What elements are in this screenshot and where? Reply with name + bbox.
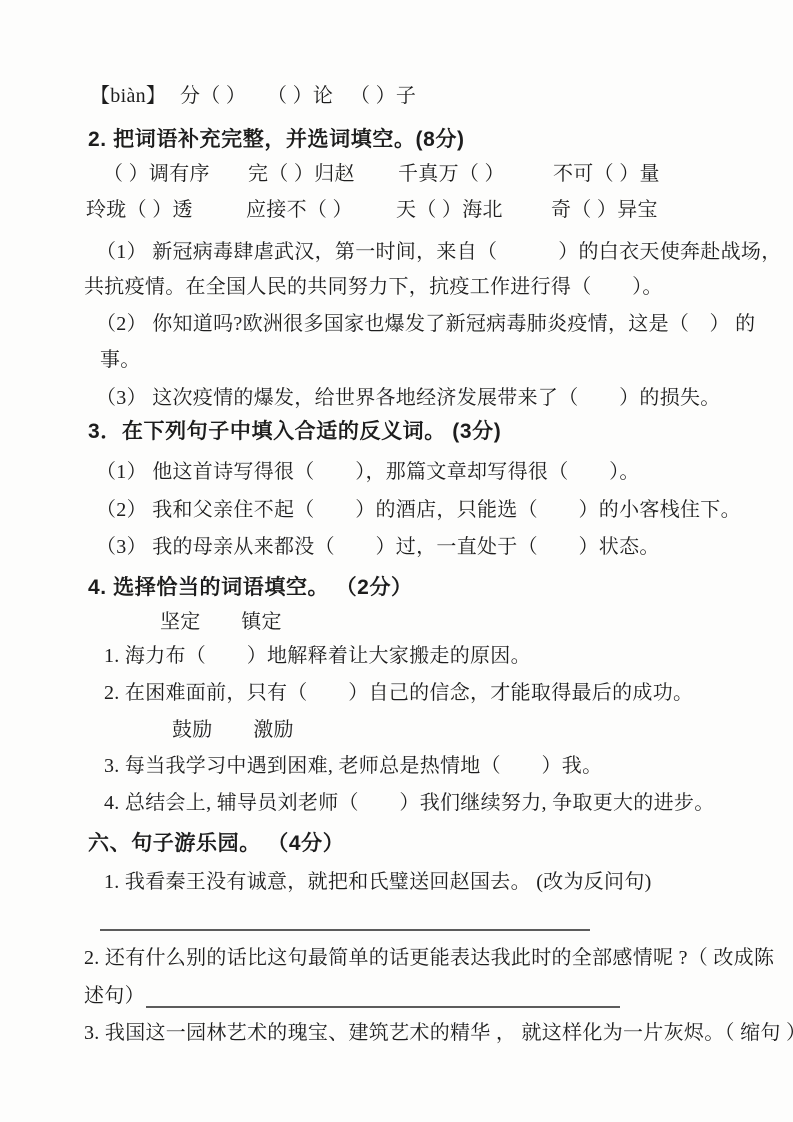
word-item: 玲珑（ ）透 xyxy=(86,196,246,224)
q2-item2-line2: 事。 xyxy=(100,346,141,374)
pinyin-exercise-row: 【biàn】 分（ ） （ ）论 （ ）子 xyxy=(90,82,416,110)
pinyin-item: （ ）子 xyxy=(350,82,416,110)
word-item: 天（ ）海北 xyxy=(396,196,551,224)
q2-item3: （3） 这次疫情的爆发，给世界各地经济发展带来了（ ）的损失。 xyxy=(96,384,721,412)
question4-header: 4. 选择恰当的词语填空。 （2分） xyxy=(88,574,413,602)
word-item: 不可（ ）量 xyxy=(553,160,660,188)
q3-item2: （2） 我和父亲住不起（ ）的酒店，只能选（ ）的小客栈住下。 xyxy=(96,496,741,524)
q6-item1: 1. 我看秦王没有诚意，就把和氏璧送回赵国去。 (改为反问句) xyxy=(104,868,652,896)
q2-item2-line1: （2） 你知道吗?欧洲很多国家也爆发了新冠病毒肺炎疫情，这是（ ） 的 xyxy=(96,310,755,338)
question6-header: 六、句子游乐园。 （4分） xyxy=(88,830,344,858)
pinyin-label: 【biàn】 xyxy=(90,82,180,110)
q4-item4: 4. 总结会上, 辅导员刘老师（ ）我们继续努力, 争取更大的进步。 xyxy=(104,789,715,817)
word-completion-row-2: 玲珑（ ）透 应接不（ ） 天（ ）海北 奇（ ）异宝 xyxy=(86,196,658,224)
q4-word-choices-1: 坚定 镇定 xyxy=(160,608,282,636)
question2-header: 2. 把词语补充完整，并选词填空。(8分) xyxy=(88,126,465,154)
q6-item3: 3. 我国这一园林艺术的瑰宝、建筑艺术的精华 ， 就这样化为一片灰烬。（ 缩句 … xyxy=(84,1019,793,1047)
word-completion-row-1: （ ）调有序 完（ ）归赵 千真万（ ） 不可（ ）量 xyxy=(103,160,660,188)
word-item: 千真万（ ） xyxy=(398,160,553,188)
q4-item2: 2. 在困难面前，只有（ ）自己的信念，才能取得最后的成功。 xyxy=(104,679,693,707)
pinyin-item: 分（ ） xyxy=(180,82,267,110)
word-item: （ ）调有序 xyxy=(103,160,248,188)
worksheet-page: 【biàn】 分（ ） （ ）论 （ ）子 2. 把词语补充完整，并选词填空。(… xyxy=(0,0,793,1122)
q4-item1: 1. 海力布（ ）地解释着让大家搬走的原因。 xyxy=(104,642,531,670)
q4-item3: 3. 每当我学习中遇到困难, 老师总是热情地（ ）我。 xyxy=(104,752,602,780)
answer-blank-line xyxy=(146,1006,620,1008)
answer-blank-line xyxy=(100,929,590,931)
q3-item1: （1） 他这首诗写得很（ ），那篇文章却写得很（ ）。 xyxy=(96,458,640,486)
q3-item3: （3） 我的母亲从来都没（ ）过，一直处于（ ）状态。 xyxy=(96,533,660,561)
word-item: 完（ ）归赵 xyxy=(248,160,398,188)
q6-item2-line2: 述句） xyxy=(84,982,145,1010)
word-item: 奇（ ）异宝 xyxy=(551,196,658,224)
pinyin-item: （ ）论 xyxy=(267,82,350,110)
q4-word-choices-2: 鼓励 激励 xyxy=(172,716,294,744)
q6-item2-line1: 2. 还有什么别的话比这句最简单的话更能表达我此时的全部感情呢 ?（ 改成陈 xyxy=(84,944,774,972)
question3-header: 3．在下列句子中填入合适的反义词。 (3分) xyxy=(88,418,501,446)
q2-item1-line1: （1） 新冠病毒肆虐武汉，第一时间，来自（ ）的白衣天使奔赴战场， xyxy=(96,238,782,266)
q2-item1-line2: 共抗疫情。在全国人民的共同努力下，抗疫工作进行得（ ）。 xyxy=(84,273,663,301)
word-item: 应接不（ ） xyxy=(246,196,396,224)
